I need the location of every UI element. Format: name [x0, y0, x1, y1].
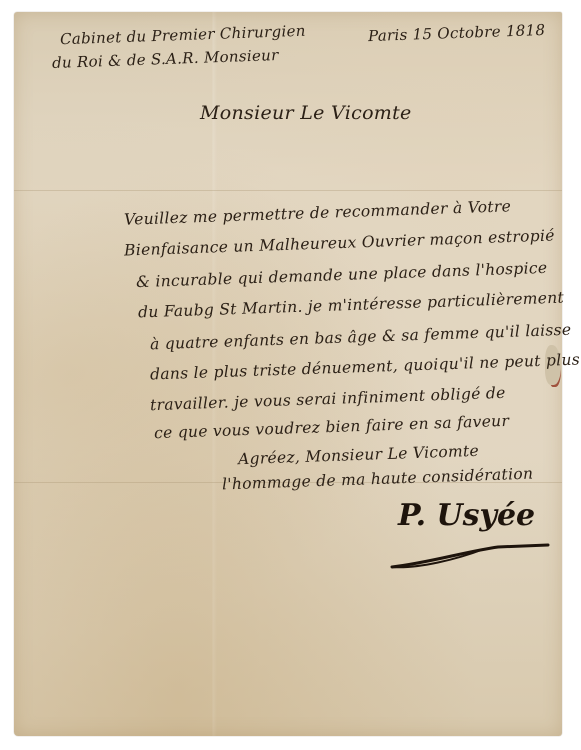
signature-flourish-icon — [388, 537, 553, 571]
salutation: Monsieur Le Vicomte — [200, 102, 412, 124]
signature: P. Usyée — [398, 498, 535, 533]
paper-fold-line — [14, 190, 562, 191]
document-photo: Cabinet du Premier Chirurgien du Roi & d… — [0, 0, 581, 750]
